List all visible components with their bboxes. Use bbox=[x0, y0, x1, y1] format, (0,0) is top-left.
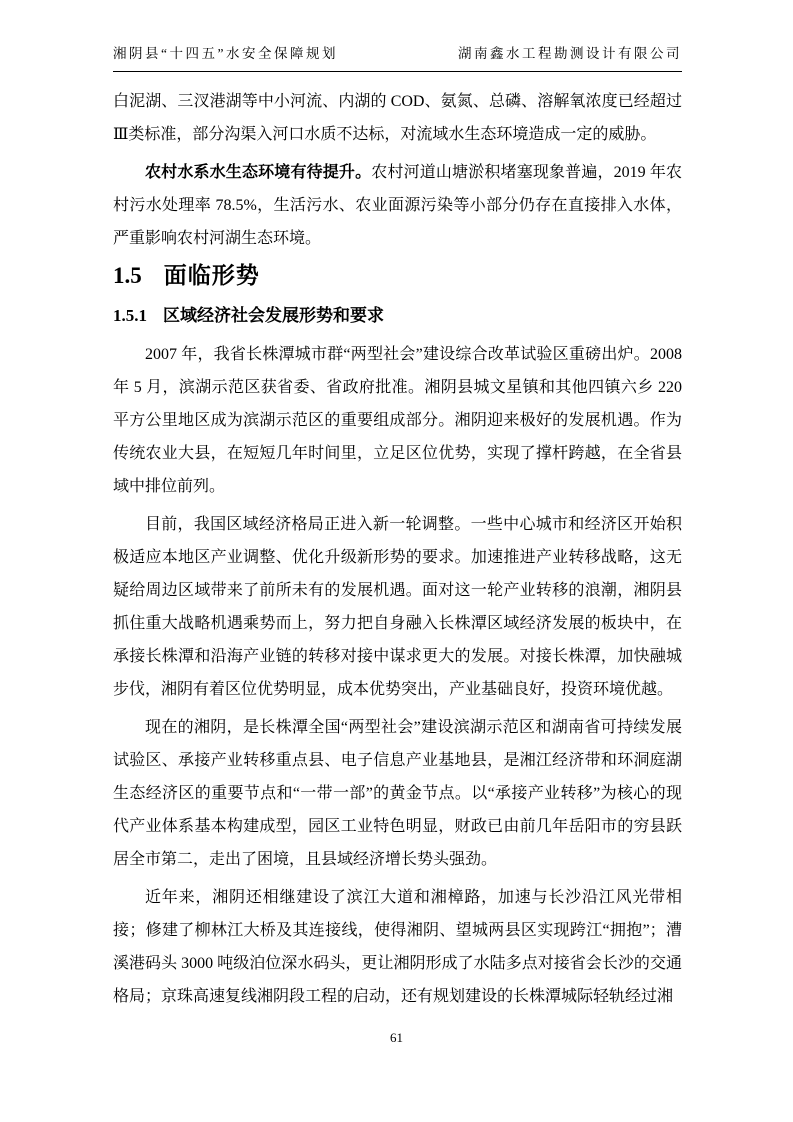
page-header: 湘阴县“十四五”水安全保障规划 湖南鑫水工程勘测设计有限公司 bbox=[113, 46, 682, 72]
subsection-number: 1.5.1 bbox=[113, 306, 147, 325]
paragraph-current-xiangyin: 现在的湘阴，是长株潭全国“两型社会”建设滨湖示范区和湖南省可持续发展试验区、承接… bbox=[113, 711, 682, 876]
page-number: 61 bbox=[390, 1030, 403, 1045]
paragraph-water-quality-overflow: 白泥湖、三汊港湖等中小河流、内湖的 COD、氨氮、总磷、溶解氧浓度已经超过Ⅲ类标… bbox=[113, 85, 682, 151]
section-number: 1.5 bbox=[113, 263, 142, 288]
section-heading-1-5: 1.5面临形势 bbox=[113, 261, 682, 290]
header-doc-title: 湘阴县“十四五”水安全保障规划 bbox=[113, 46, 338, 62]
subsection-title: 区域经济社会发展形势和要求 bbox=[163, 306, 384, 325]
document-page: 湘阴县“十四五”水安全保障规划 湖南鑫水工程勘测设计有限公司 白泥湖、三汊港湖等… bbox=[0, 0, 793, 1122]
paragraph-rural-bold-lead: 农村水系水生态环境有待提升。 bbox=[145, 164, 371, 181]
paragraph-economic-restructuring: 目前，我国区域经济格局正进入新一轮调整。一些中心城市和经济区开始积极适应本地区产… bbox=[113, 508, 682, 706]
section-title: 面临形势 bbox=[164, 262, 260, 288]
paragraph-2007-pilot-zone: 2007 年，我省长株潭城市群“两型社会”建设综合改革试验区重磅出炉。2008 … bbox=[113, 338, 682, 503]
subsection-heading-1-5-1: 1.5.1区域经济社会发展形势和要求 bbox=[113, 306, 682, 326]
page-footer: 61 bbox=[0, 1031, 793, 1044]
paragraph-recent-infrastructure: 近年来，湘阴还相继建设了滨江大道和湘樟路，加速与长沙沿江风光带相接；修建了柳林江… bbox=[113, 881, 682, 1013]
paragraph-rural-ecology: 农村水系水生态环境有待提升。农村河道山塘淤积堵塞现象普遍，2019 年农村污水处… bbox=[113, 156, 682, 255]
header-company-name: 湖南鑫水工程勘测设计有限公司 bbox=[458, 46, 682, 62]
page-content: 白泥湖、三汊港湖等中小河流、内湖的 COD、氨氮、总磷、溶解氧浓度已经超过Ⅲ类标… bbox=[113, 72, 682, 1013]
